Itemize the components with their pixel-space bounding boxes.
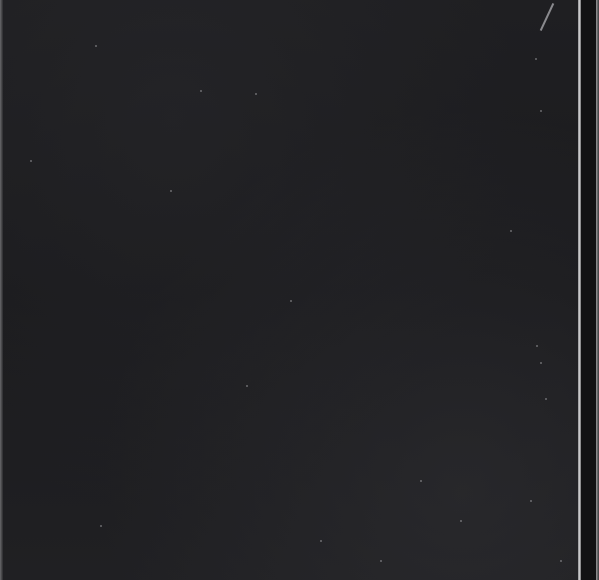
dust-speck	[380, 560, 382, 562]
dust-speck	[200, 90, 202, 92]
dust-speck	[560, 560, 562, 562]
dust-speck	[30, 160, 32, 162]
dust-speck	[246, 385, 248, 387]
dark-cover-surface	[0, 0, 578, 580]
dust-speck	[290, 300, 292, 302]
dust-speck	[420, 480, 422, 482]
left-edge	[0, 0, 3, 580]
spine	[581, 0, 596, 580]
dust-speck	[530, 500, 532, 502]
dust-speck	[545, 398, 547, 400]
dust-speck	[540, 362, 542, 364]
dust-speck	[510, 230, 512, 232]
dust-speck	[320, 540, 322, 542]
dust-speck	[460, 520, 462, 522]
dust-speck	[535, 58, 537, 60]
scratch-mark	[540, 3, 554, 31]
dust-speck	[100, 525, 102, 527]
dust-speck	[540, 110, 542, 112]
dust-speck	[536, 345, 538, 347]
dust-speck	[170, 190, 172, 192]
dust-speck	[255, 93, 257, 95]
dust-speck	[95, 45, 97, 47]
